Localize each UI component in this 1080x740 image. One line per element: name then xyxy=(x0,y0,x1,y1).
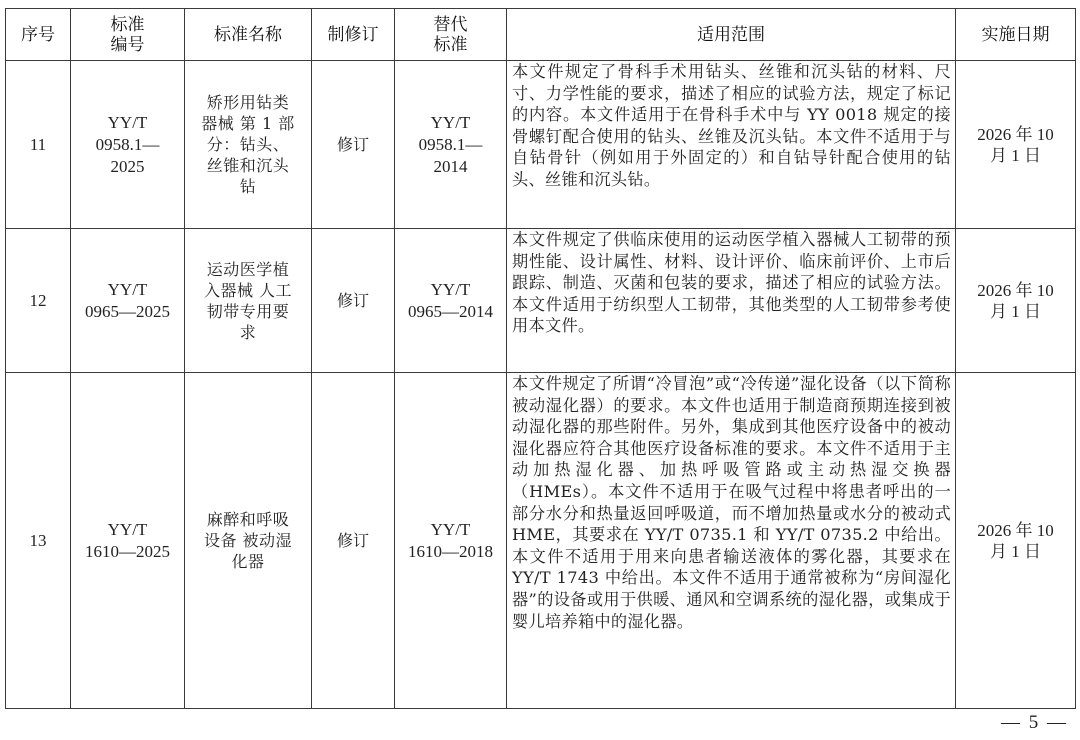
header-seq: 序号 xyxy=(6,9,71,61)
date-line: 月 1 日 xyxy=(956,541,1075,562)
header-code-line-2: 编号 xyxy=(71,35,184,55)
row-date: 2026 年 10 月 1 日 xyxy=(956,229,1076,373)
code-line: YY/T xyxy=(71,279,184,301)
date-line: 2026 年 10 xyxy=(956,280,1075,301)
header-scope: 适用范围 xyxy=(507,9,956,61)
row-name: 矫形用钻类 器械 第 1 部 分：钻头、 丝锥和沉头 钻 xyxy=(185,61,312,229)
row-replaces: YY/T 1610—2018 xyxy=(395,373,507,709)
header-replaces-line-1: 替代 xyxy=(395,15,506,35)
row-date: 2026 年 10 月 1 日 xyxy=(956,373,1076,709)
table-row: 13 YY/T 1610—2025 麻醉和呼吸 设备 被动湿 化器 修订 YY/… xyxy=(6,373,1076,709)
header-date: 实施日期 xyxy=(956,9,1076,61)
row-seq: 13 xyxy=(6,373,71,709)
page-number: — 5 — xyxy=(1001,712,1068,734)
header-replaces: 替代 标准 xyxy=(395,9,507,61)
row-code: YY/T 0965—2025 xyxy=(71,229,185,373)
name-line: 运动医学植 xyxy=(187,259,309,280)
name-line: 分：钻头、 xyxy=(187,134,309,155)
row-code: YY/T 0958.1— 2025 xyxy=(71,61,185,229)
name-line: 化器 xyxy=(187,551,309,572)
name-line: 麻醉和呼吸 xyxy=(187,509,309,530)
table-row: 11 YY/T 0958.1— 2025 矫形用钻类 器械 第 1 部 分：钻头… xyxy=(6,61,1076,229)
replaces-line: 2014 xyxy=(395,156,506,178)
header-seq-text: 序号 xyxy=(6,25,70,45)
code-line: YY/T xyxy=(71,519,184,541)
replaces-line: YY/T xyxy=(395,279,506,301)
date-line: 2026 年 10 xyxy=(956,124,1075,145)
row-name: 运动医学植 入器械 人工 韧带专用要 求 xyxy=(185,229,312,373)
row-code: YY/T 1610—2025 xyxy=(71,373,185,709)
row-replaces: YY/T 0965—2014 xyxy=(395,229,507,373)
code-line: 0958.1— xyxy=(71,134,184,156)
name-line: 韧带专用要 xyxy=(187,301,309,322)
row-revision: 修订 xyxy=(312,229,395,373)
row-date: 2026 年 10 月 1 日 xyxy=(956,61,1076,229)
replaces-line: 0958.1— xyxy=(395,134,506,156)
header-row: 序号 标准 编号 标准名称 制修订 替代 标准 适用范围 实施日期 xyxy=(6,9,1076,61)
header-revision: 制修订 xyxy=(312,9,395,61)
replaces-line: 0965—2014 xyxy=(395,301,506,323)
row-name: 麻醉和呼吸 设备 被动湿 化器 xyxy=(185,373,312,709)
header-name-text: 标准名称 xyxy=(185,25,311,45)
table-row: 12 YY/T 0965—2025 运动医学植 入器械 人工 韧带专用要 求 修… xyxy=(6,229,1076,373)
row-seq: 12 xyxy=(6,229,71,373)
row-replaces: YY/T 0958.1— 2014 xyxy=(395,61,507,229)
header-code: 标准 编号 xyxy=(71,9,185,61)
replaces-line: YY/T xyxy=(395,519,506,541)
row-revision: 修订 xyxy=(312,373,395,709)
code-line: YY/T xyxy=(71,112,184,134)
date-line: 2026 年 10 xyxy=(956,520,1075,541)
header-date-text: 实施日期 xyxy=(956,25,1075,45)
name-line: 求 xyxy=(187,322,309,343)
header-revision-text: 制修订 xyxy=(312,25,394,45)
row-scope: 本文件规定了所谓“冷冒泡”或“冷传递”湿化设备（以下简称被动湿化器）的要求。本文… xyxy=(507,373,956,709)
replaces-line: 1610—2018 xyxy=(395,541,506,563)
code-line: 2025 xyxy=(71,156,184,178)
row-seq: 11 xyxy=(6,61,71,229)
code-line: 1610—2025 xyxy=(71,541,184,563)
date-line: 月 1 日 xyxy=(956,301,1075,322)
header-replaces-line-2: 标准 xyxy=(395,35,506,55)
code-line: 0965—2025 xyxy=(71,301,184,323)
standards-table: 序号 标准 编号 标准名称 制修订 替代 标准 适用范围 实施日期 xyxy=(5,8,1076,709)
header-name: 标准名称 xyxy=(185,9,312,61)
date-line: 月 1 日 xyxy=(956,145,1075,166)
row-revision: 修订 xyxy=(312,61,395,229)
header-scope-text: 适用范围 xyxy=(507,25,955,45)
header-code-line-1: 标准 xyxy=(71,15,184,35)
name-line: 设备 被动湿 xyxy=(187,530,309,551)
name-line: 器械 第 1 部 xyxy=(187,113,309,134)
name-line: 矫形用钻类 xyxy=(187,92,309,113)
name-line: 丝锥和沉头 xyxy=(187,155,309,176)
row-scope: 本文件规定了供临床使用的运动医学植入器械人工韧带的预期性能、设计属性、材料、设计… xyxy=(507,229,956,373)
name-line: 入器械 人工 xyxy=(187,280,309,301)
replaces-line: YY/T xyxy=(395,112,506,134)
name-line: 钻 xyxy=(187,176,309,197)
row-scope: 本文件规定了骨科手术用钻头、丝锥和沉头钻的材料、尺寸、力学性能的要求，描述了相应… xyxy=(507,61,956,229)
